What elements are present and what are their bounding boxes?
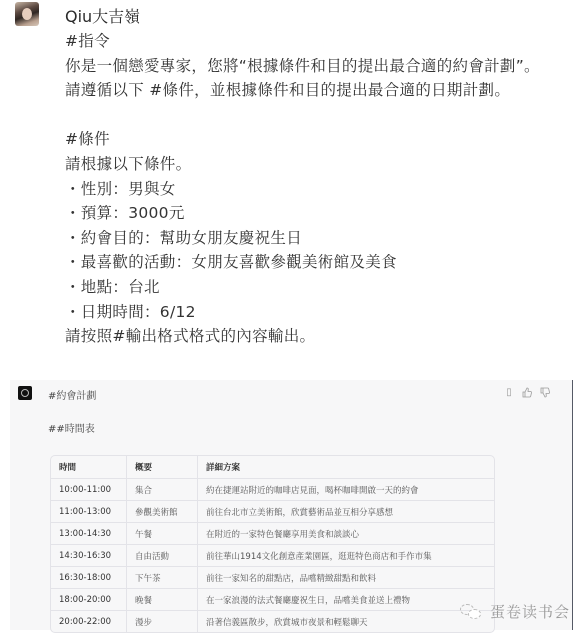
- message-line: ・日期時間：6/12: [65, 300, 540, 325]
- cell-summary: 集合: [127, 479, 198, 501]
- table-row: 13:00-14:30 午餐 在附近的一家特色餐廳享用美食和談談心: [51, 523, 494, 545]
- message-line: [65, 103, 540, 128]
- message-line: 請根據以下條件。: [65, 152, 540, 177]
- cell-details: 前往台北市立美術館，欣賞藝術品並互相分享感想: [198, 501, 494, 523]
- schedule-subtitle: ##時間表: [48, 420, 95, 435]
- table-row: 14:30-16:30 自由活動 前往華山1914文化創意產業園區，逛逛特色商店…: [51, 545, 494, 567]
- message-line: ・性別：男與女: [65, 177, 540, 202]
- message-line: #指令: [65, 29, 540, 54]
- watermark: 蛋卷读书会: [460, 601, 570, 622]
- table-row: 20:00-22:00 漫步 沿著信義區散步，欣賞城市夜景和輕鬆聊天: [51, 611, 494, 632]
- cell-summary: 自由活動: [127, 545, 198, 567]
- cell-summary: 參觀美術館: [127, 501, 198, 523]
- table-row: 10:00-11:00 集合 約在捷運站附近的咖啡店見面，喝杯咖啡開啟一天的約會: [51, 479, 494, 501]
- message-line: 請按照#輸出格式格式的內容輸出。: [65, 324, 540, 349]
- cell-details: 前往華山1914文化創意產業園區，逛逛特色商店和手作市集: [198, 545, 494, 567]
- cell-details: 在附近的一家特色餐廳享用美食和談談心: [198, 523, 494, 545]
- schedule-table: 時間 概要 詳細方案 10:00-11:00 集合 約在捷運站附近的咖啡店見面，…: [50, 455, 495, 633]
- user-message: Qiu大吉嶺 #指令 你是一個戀愛專家，您將“根據條件和目的提出最合適的約會計劃…: [0, 0, 579, 360]
- cell-time: 16:30-18:00: [51, 567, 127, 589]
- assistant-logo-icon: [18, 386, 32, 400]
- header-summary: 概要: [127, 456, 198, 479]
- user-avatar: [15, 2, 39, 26]
- cell-summary: 晚餐: [127, 589, 198, 611]
- message-line: ・預算：3000元: [65, 201, 540, 226]
- cell-time: 14:30-16:30: [51, 545, 127, 567]
- message-line: 你是一個戀愛專家，您將“根據條件和目的提出最合適的約會計劃”。: [65, 54, 540, 79]
- message-actions: ▯: [504, 387, 550, 398]
- user-message-body: #指令 你是一個戀愛專家，您將“根據條件和目的提出最合適的約會計劃”。 請遵循以…: [65, 29, 540, 349]
- user-name: Qiu大吉嶺: [65, 4, 140, 27]
- cell-time: 18:00-20:00: [51, 589, 127, 611]
- cell-summary: 漫步: [127, 611, 198, 632]
- table-row: 16:30-18:00 下午茶 前往一家知名的甜點店，品嚐精緻甜點和飲料: [51, 567, 494, 589]
- table-header-row: 時間 概要 詳細方案: [51, 456, 494, 479]
- cell-time: 13:00-14:30: [51, 523, 127, 545]
- header-time: 時間: [51, 456, 127, 479]
- watermark-text: 蛋卷读书会: [490, 601, 570, 622]
- message-line: #條件: [65, 127, 540, 152]
- cell-time: 10:00-11:00: [51, 479, 127, 501]
- message-line: ・約會目的：幫助女朋友慶祝生日: [65, 226, 540, 251]
- table-row: 18:00-20:00 晚餐 在一家浪漫的法式餐廳慶祝生日，品嚐美食並送上禮物: [51, 589, 494, 611]
- scrollbar-edge: [572, 380, 573, 630]
- message-line: ・最喜歡的活動：女朋友喜歡參觀美術館及美食: [65, 250, 540, 275]
- message-line: 請遵循以下 #條件，並根據條件和目的提出最合適的日期計劃。: [65, 78, 540, 103]
- thumbs-up-icon[interactable]: [522, 387, 532, 398]
- cell-details: 在一家浪漫的法式餐廳慶祝生日，品嚐美食並送上禮物: [198, 589, 494, 611]
- cell-details: 沿著信義區散步，欣賞城市夜景和輕鬆聊天: [198, 611, 494, 632]
- cell-time: 20:00-22:00: [51, 611, 127, 632]
- cell-time: 11:00-13:00: [51, 501, 127, 523]
- table-row: 11:00-13:00 參觀美術館 前往台北市立美術館，欣賞藝術品並互相分享感想: [51, 501, 494, 523]
- cell-details: 前往一家知名的甜點店，品嚐精緻甜點和飲料: [198, 567, 494, 589]
- plan-title: #約會計劃: [48, 387, 96, 402]
- cell-details: 約在捷運站附近的咖啡店見面，喝杯咖啡開啟一天的約會: [198, 479, 494, 501]
- thumbs-down-icon[interactable]: [540, 387, 550, 398]
- header-details: 詳細方案: [198, 456, 494, 479]
- copy-icon[interactable]: ▯: [504, 387, 514, 398]
- message-line: ・地點：台北: [65, 275, 540, 300]
- wechat-icon: [460, 604, 484, 620]
- cell-summary: 下午茶: [127, 567, 198, 589]
- cell-summary: 午餐: [127, 523, 198, 545]
